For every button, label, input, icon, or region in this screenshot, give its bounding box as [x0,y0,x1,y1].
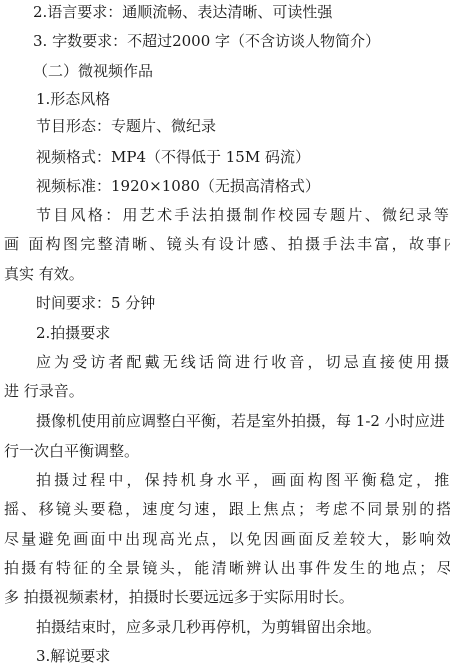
document-page: 2.语言要求：通顺流畅、表达清晰、可读性强 3. 字数要求：不超过2000 字（… [0,0,450,668]
white-balance-line-2: 行一次白平衡调整。 [0,440,450,462]
program-form: 节目形态：专题片、微纪录 [0,115,450,137]
end-of-shoot: 拍摄结束时，应多录几秒再停机，为剪辑留出余地。 [0,616,450,638]
shooting-process-line-4: 拍摄有特征的全景镜头，能清晰辨认出事件发生的地点；尽量 [0,557,450,579]
time-requirement: 时间要求：5 分钟 [0,292,450,314]
program-style-line-1: 节目风格：用艺术手法拍摄制作校园专题片、微纪录等， [0,204,450,226]
program-style-line-2: 画 面构图完整清晰、镜头有设计感、拍摄手法丰富，故事内容 [0,233,450,255]
word-count-requirement: 3. 字数要求：不超过2000 字（不含访谈人物简介） [0,30,450,52]
shooting-process-line-3: 尽量避免画面中出现高光点，以免因画面反差较大，影响效果； [0,528,450,550]
section-heading-micro-video: （二）微视频作品 [0,60,450,82]
shooting-process-line-2: 摇、移镜头要稳，速度匀速，跟上焦点；考虑不同景别的搭配， [0,498,450,520]
mic-requirement-line-1: 应为受访者配戴无线话筒进行收音，切忌直接使用摄像机 [0,351,450,373]
video-standard: 视频标准：1920×1080（无损高清格式） [0,175,450,197]
subheading-shooting-requirements: 2.拍摄要求 [0,322,450,344]
subheading-form-style: 1.形态风格 [0,88,450,110]
mic-requirement-line-2: 进 行录音。 [0,380,450,402]
shooting-process-line-5: 多 拍摄视频素材，拍摄时长要远远多于实际用时长。 [0,586,450,608]
white-balance-line-1: 摄像机使用前应调整白平衡，若是室外拍摄，每 1-2 小时应进 [0,410,450,432]
subheading-narration-requirements: 3.解说要求 [0,645,450,667]
program-style-line-3: 真实 有效。 [0,263,450,285]
video-format: 视频格式：MP4（不得低于 15M 码流） [0,146,450,168]
shooting-process-line-1: 拍摄过程中，保持机身水平，画面构图平衡稳定，推、拉、 [0,469,450,491]
language-requirement: 2.语言要求：通顺流畅、表达清晰、可读性强 [0,1,450,23]
